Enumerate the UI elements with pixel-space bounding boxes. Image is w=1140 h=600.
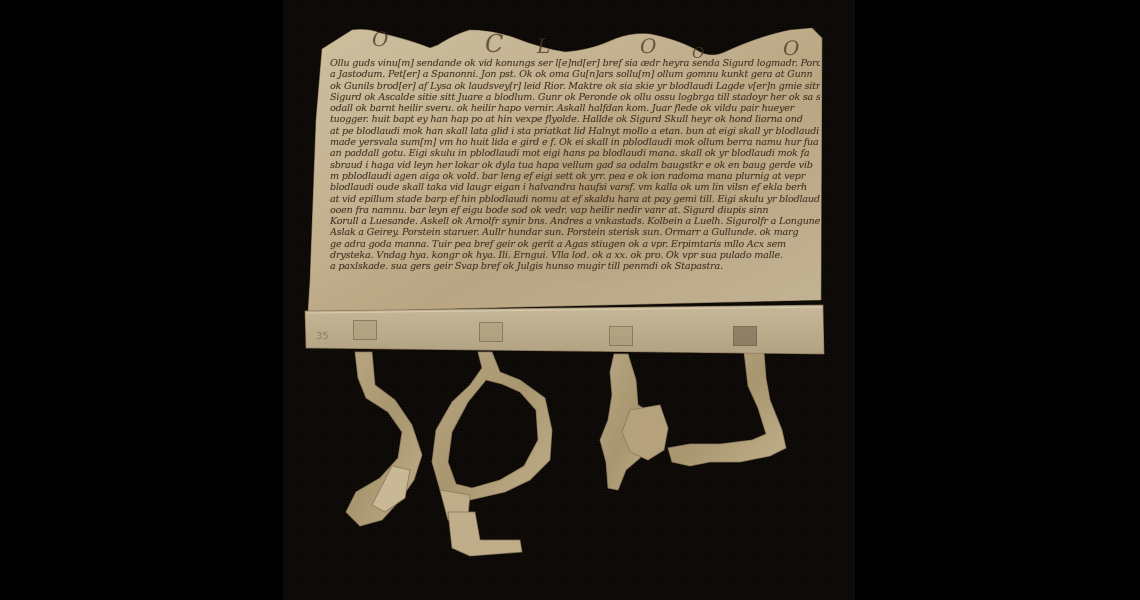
text-line: at pe blodlaudi mok han skall lata glid … xyxy=(330,126,820,137)
text-line: Sigurd ok Ascalde sitie sitt Juare a blo… xyxy=(330,92,820,103)
chirograph-letter: C xyxy=(485,30,503,58)
text-line: ooen fra namnu. bar leyn ef eigu bode so… xyxy=(330,205,820,216)
charter-document: O C L O O O Ollu guds vinu[m] sendande o… xyxy=(0,0,1140,600)
text-line: an paddall gotu. Eigi skulu in pblodlaud… xyxy=(330,148,820,159)
chirograph-letter: O xyxy=(372,27,388,51)
seal-slot xyxy=(479,322,503,342)
charter-text: Ollu guds vinu[m] sendande ok vid konung… xyxy=(330,58,820,310)
chirograph-letter: O xyxy=(640,34,656,58)
seal-tag-1 xyxy=(346,352,422,526)
seal-slot xyxy=(609,326,633,346)
seal-tag-4 xyxy=(668,352,786,466)
text-line: sbraud i haga vid leyn her lokar ok dyla… xyxy=(330,160,820,171)
chirograph-letter: L xyxy=(537,34,550,58)
seal-tag-3 xyxy=(600,354,668,490)
text-line: odall ok barnt heilir sveru. ok heilir h… xyxy=(330,103,820,114)
plica-number-annotation: 35 xyxy=(316,331,329,342)
text-line: at vid epillum stade barp ef hin pblodla… xyxy=(330,194,820,205)
text-line: Aslak a Geirey. Porstein staruer. Aullr … xyxy=(330,227,820,238)
text-line: blodlaudi oude skall taka vid laugr eiga… xyxy=(330,182,820,193)
text-line: ge adra goda manna. Tuir pea bref geir o… xyxy=(330,239,820,250)
text-line: a Jastodum. Pet[er] a Spanonni. Jon pst.… xyxy=(330,69,820,80)
text-line: drysteka. Vndag hya. kongr ok hya. Ili. … xyxy=(330,250,820,261)
text-line: made yersvala sum[m] vm ho huit lida e g… xyxy=(330,137,820,148)
text-line: Ollu guds vinu[m] sendande ok vid konung… xyxy=(330,58,820,69)
text-line: m pblodlaudi agen aiga ok vold. bar leng… xyxy=(330,171,820,182)
chirograph-letter: O xyxy=(783,36,799,60)
text-line: tuogger. huit bapt ey han hap po at hin … xyxy=(330,114,820,125)
text-line: a paxlskade. sua gers geir Svap bref ok … xyxy=(330,261,820,272)
seal-slot xyxy=(353,320,377,340)
text-line: ok Gunils brod[er] af Lysa ok laudsvey[r… xyxy=(330,81,820,92)
text-line: Korull a Luesande. Askell ok Arnolfr syn… xyxy=(330,216,820,227)
seal-tag-2 xyxy=(432,352,552,556)
seal-slot xyxy=(733,326,757,346)
